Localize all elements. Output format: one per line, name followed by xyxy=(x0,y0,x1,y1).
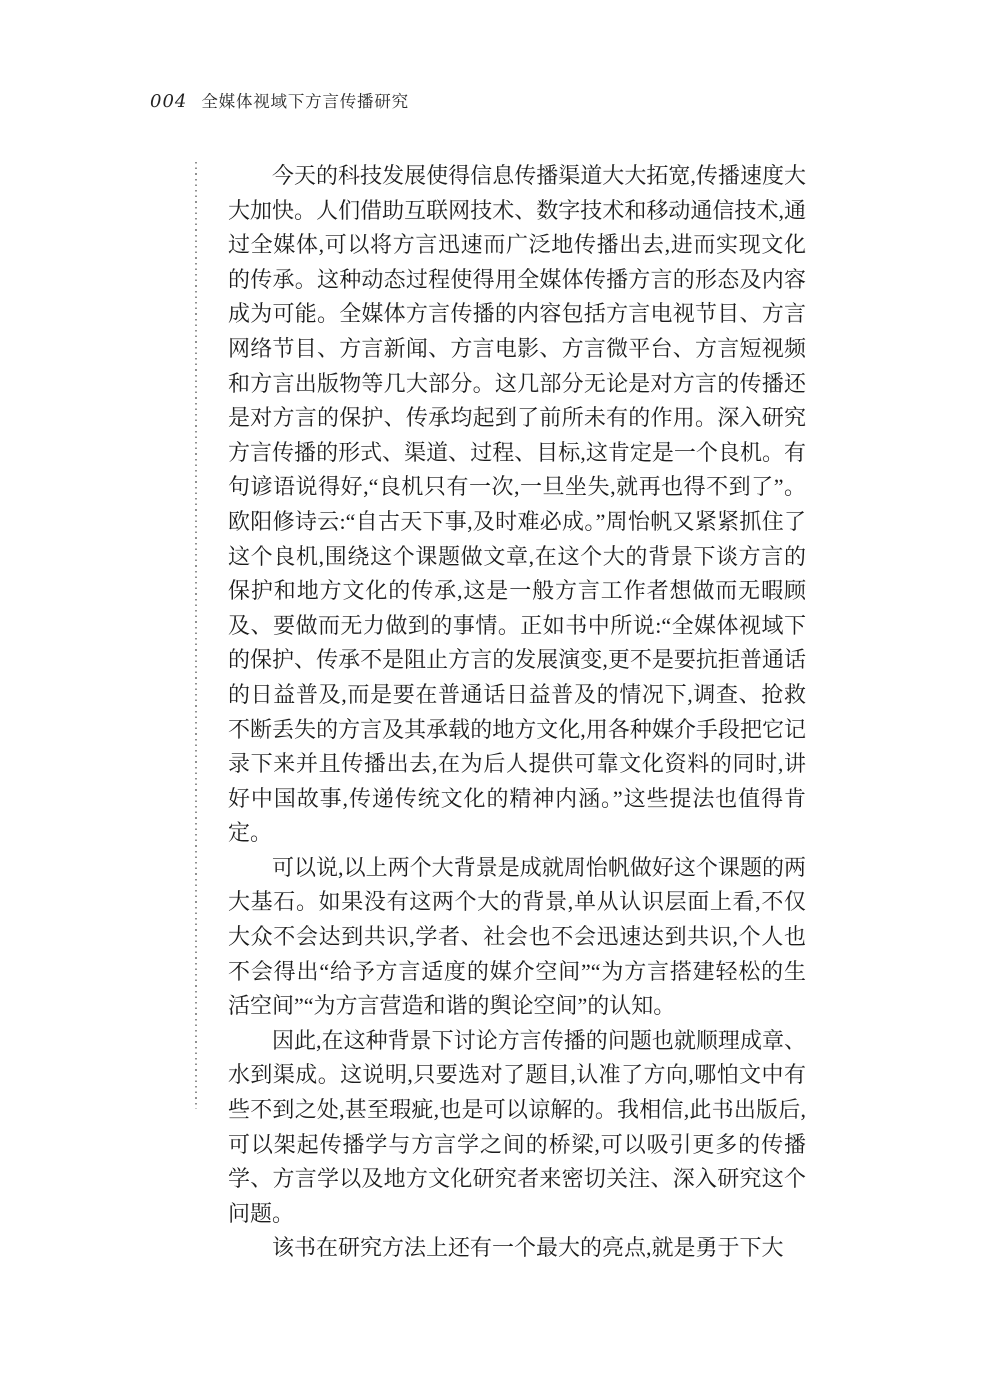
paragraph-4: 该书在研究方法上还有一个最大的亮点,就是勇于下大 xyxy=(228,1231,806,1266)
paragraph-2: 可以说,以上两个大背景是成就周怡帆做好这个课题的两大基石。如果没有这两个大的背景… xyxy=(228,851,806,1024)
body-text: 今天的科技发展使得信息传播渠道大大拓宽,传播速度大大加快。人们借助互联网技术、数… xyxy=(228,159,806,1266)
running-title: 全媒体视域下方言传播研究 xyxy=(201,88,409,112)
margin-dotted-rule xyxy=(195,162,197,1109)
book-page: 004 全媒体视域下方言传播研究 今天的科技发展使得信息传播渠道大大拓宽,传播速… xyxy=(0,0,998,1395)
running-header: 004 全媒体视域下方言传播研究 xyxy=(150,88,409,112)
paragraph-3: 因此,在这种背景下讨论方言传播的问题也就顺理成章、水到渠成。这说明,只要选对了题… xyxy=(228,1024,806,1232)
page-number: 004 xyxy=(150,91,187,112)
paragraph-1: 今天的科技发展使得信息传播渠道大大拓宽,传播速度大大加快。人们借助互联网技术、数… xyxy=(228,159,806,851)
